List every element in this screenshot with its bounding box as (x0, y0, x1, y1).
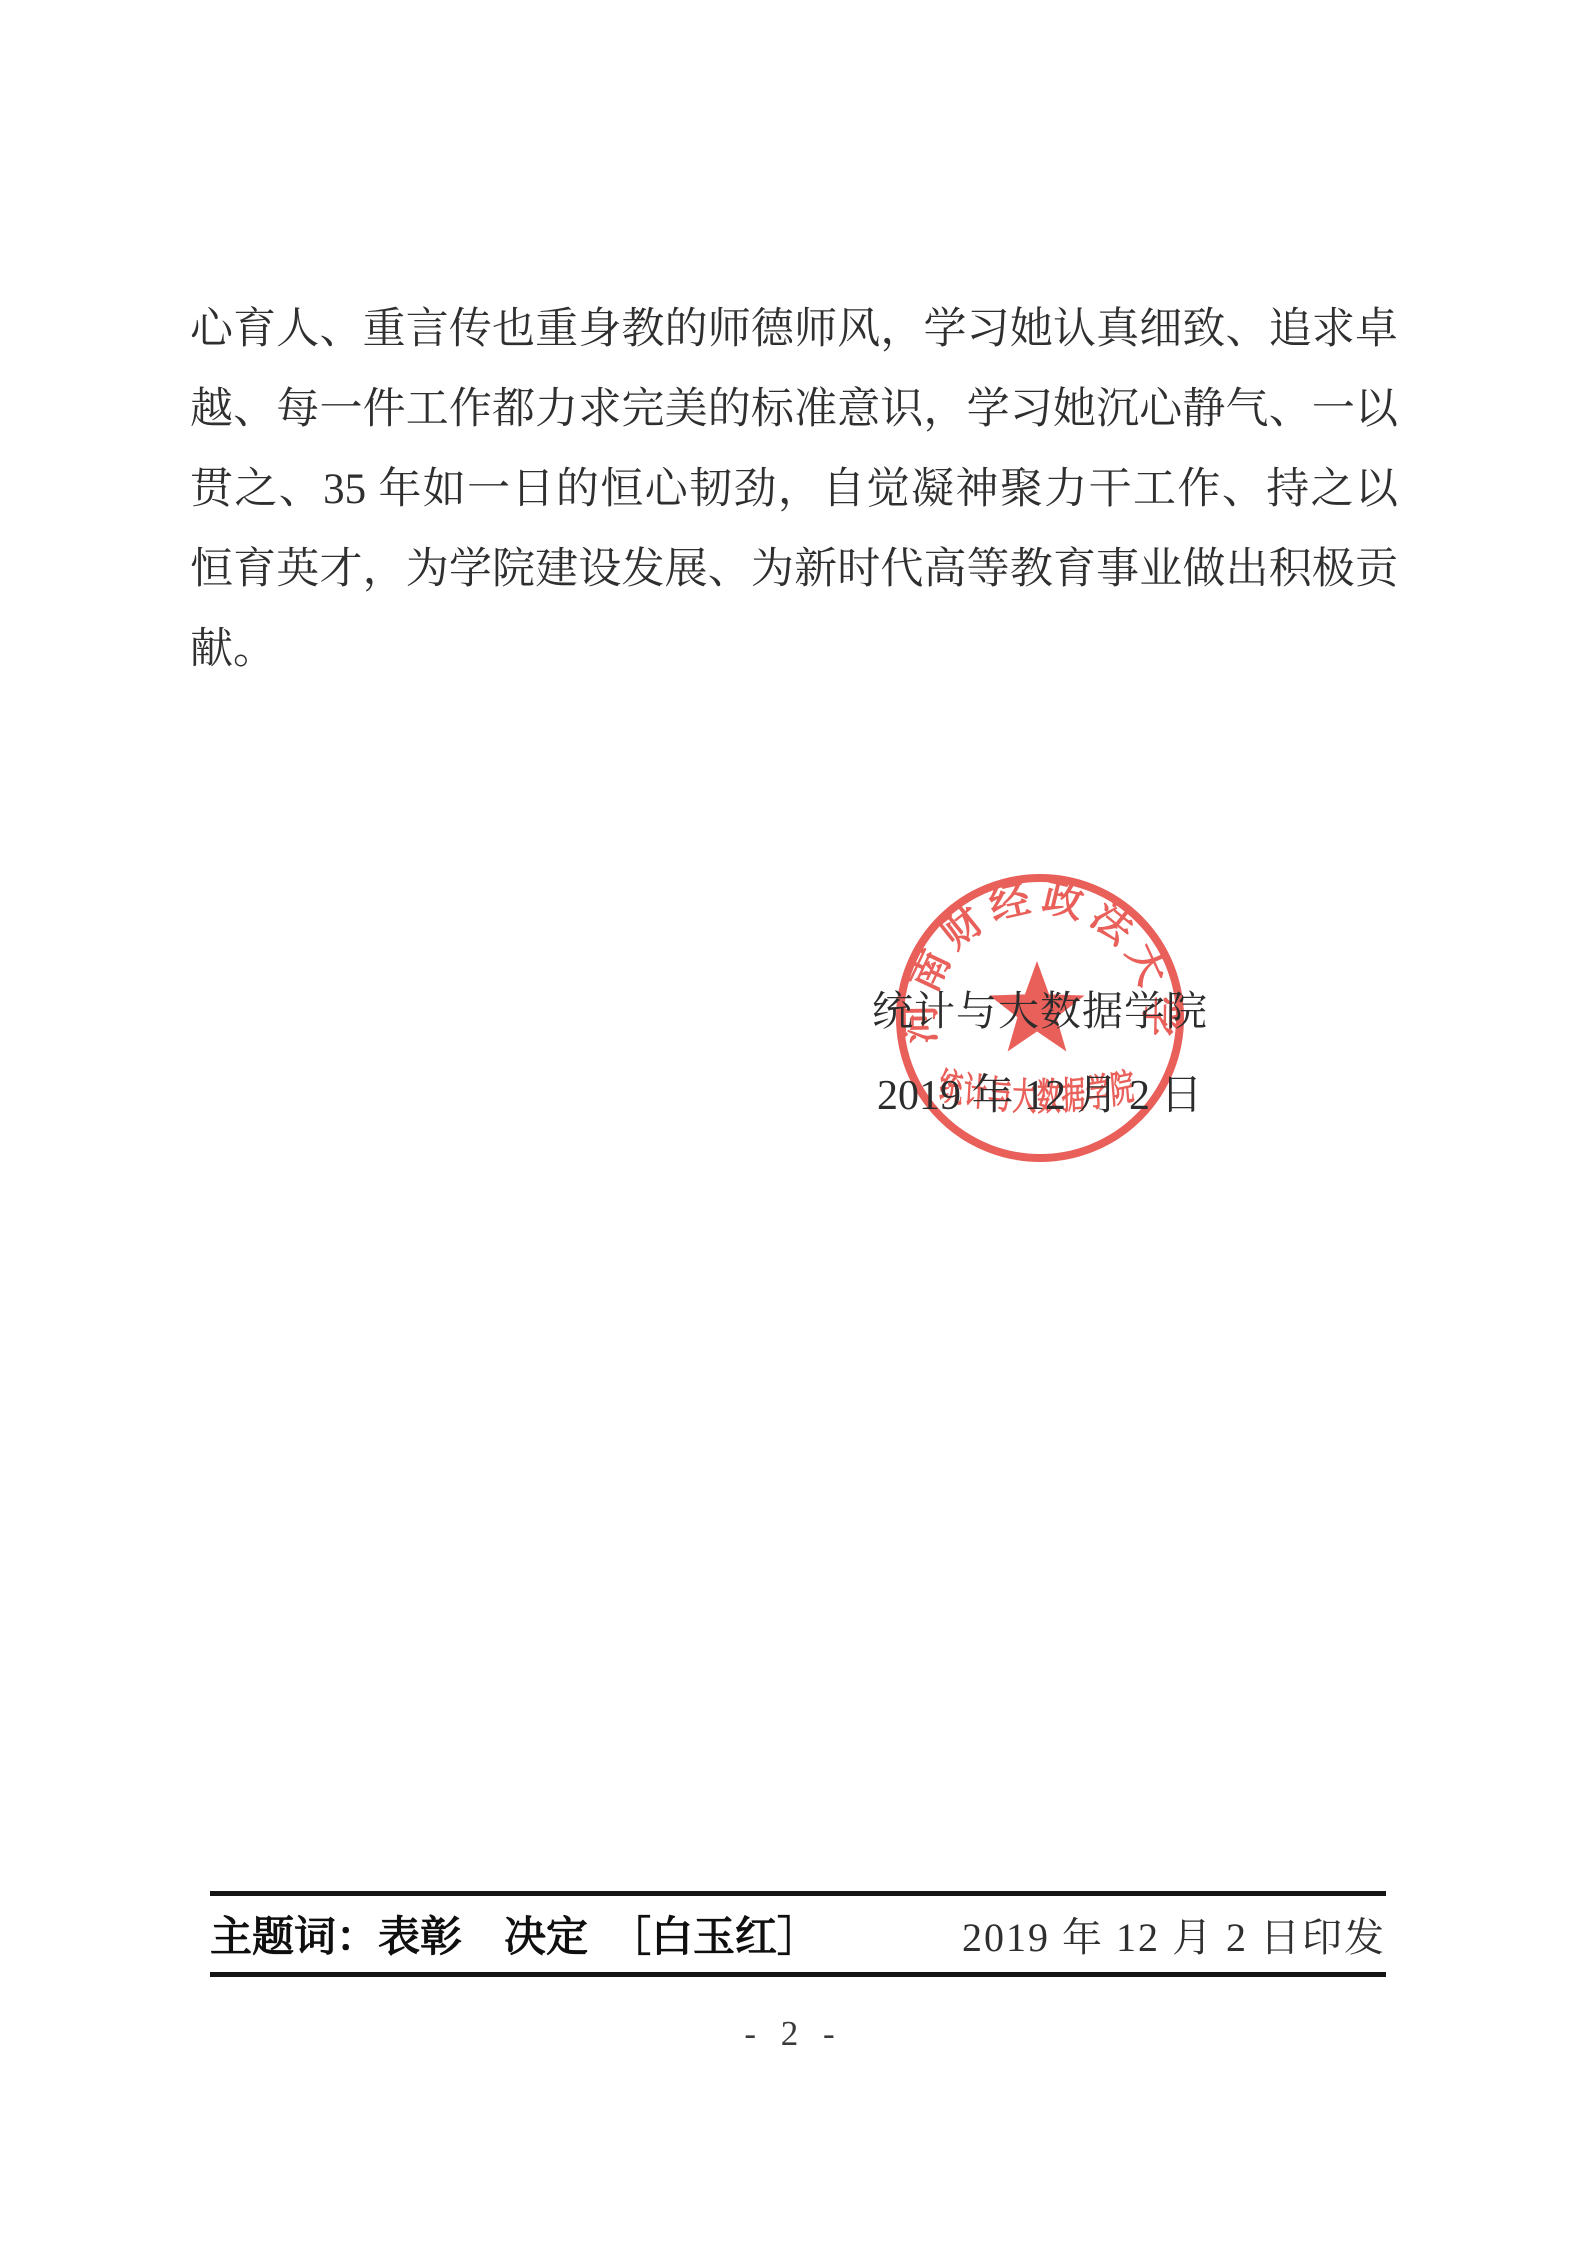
body-line: 献。 (190, 610, 1398, 690)
body-line: 贯之、35 年如一日的恒心韧劲，自觉凝神聚力干工作、持之以 (190, 450, 1398, 530)
body-line: 心育人、重言传也重身教的师德师风，学习她认真细致、追求卓 (190, 290, 1398, 370)
page-number: - 2 - (0, 2014, 1587, 2054)
footer-subject-bar: 主题词：表彰 决定 ［白玉红］ 2019 年 12 月 2 日印发 (210, 1891, 1386, 1977)
subject-keywords: 主题词：表彰 决定 ［白玉红］ (210, 1904, 819, 1964)
print-date: 2019 年 12 月 2 日印发 (962, 1906, 1386, 1963)
body-paragraph: 心育人、重言传也重身教的师德师风，学习她认真细致、追求卓 越、每一件工作都力求完… (190, 290, 1398, 690)
body-line: 恒育英才，为学院建设发展、为新时代高等教育事业做出积极贡 (190, 530, 1398, 610)
document-page: 心育人、重言传也重身教的师德师风，学习她认真细致、追求卓 越、每一件工作都力求完… (0, 0, 1587, 2245)
body-line: 越、每一件工作都力求完美的标准意识，学习她沉心静气、一以 (190, 370, 1398, 450)
signature-date: 2019 年 12 月 2 日 (877, 1062, 1203, 1122)
signature-org: 统计与大数据学院 (872, 978, 1208, 1037)
